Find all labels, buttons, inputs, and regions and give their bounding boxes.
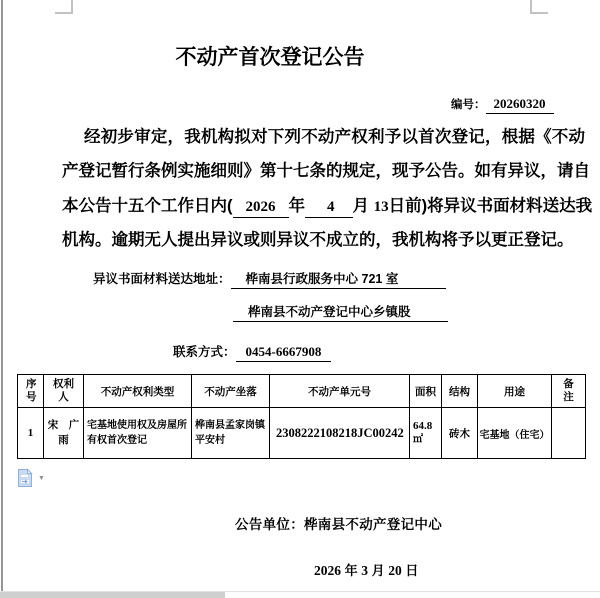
document-page: 不动产首次登记公告 编号：20260320 经初步审定，我机构拟对下列不动产权利… [0,0,600,598]
deadline-day: 13 [374,199,389,215]
text-boundary-mark-top-left [55,0,73,14]
page-left-edge [1,0,3,591]
address-value-1: 桦南县行政服务中心 721 室 [231,270,446,289]
col-seq: 序号 [18,375,44,408]
horizontal-scrollbar-thumb[interactable] [0,592,225,598]
address-line-1: 异议书面材料送达地址：桦南县行政服务中心 721 室 [62,270,446,289]
cell-right-type: 宅基地使用权及房屋所有权首次登记 [84,408,192,459]
cell-owner: 宋 广雨 [44,408,84,459]
contact-value: 0454-6667908 [246,344,322,359]
address-line-2: 桦南县不动产登记中心乡镇股 [233,303,448,322]
para-line-3: 本公告十五个工作日内(2026年4月 13日前)将异议书面材料送达我 [62,189,585,223]
contact-label: 联系方式： [173,345,236,359]
registration-table: 序号 权利人 不动产权利类型 不动产坐落 不动产单元号 面积 结构 用途 备注 … [17,374,586,459]
cell-structure: 砖木 [442,408,478,459]
horizontal-scrollbar[interactable] [0,591,600,598]
doc-number-line: 编号：20260320 [451,96,554,114]
deadline-month: 4 [327,199,335,215]
area-unit: ㎡ [413,433,440,446]
col-right-type: 不动产权利类型 [84,375,192,408]
dropdown-arrow-icon[interactable]: ▼ [38,475,45,482]
doc-number-label: 编号： [451,99,486,111]
text-boundary-mark-top-right [530,0,548,14]
cell-remark [552,408,586,459]
page-title: 不动产首次登记公告 [120,41,420,71]
footer-date: 2026 年 3 月 20 日 [314,560,418,579]
doc-number-value: 20260320 [494,96,546,111]
deadline-year: 2026 [246,199,276,215]
col-structure: 结构 [442,375,478,408]
col-unit-no: 不动产单元号 [270,375,410,408]
table-header-row: 序号 权利人 不动产权利类型 不动产坐落 不动产单元号 面积 结构 用途 备注 [18,375,586,408]
footer-announcing-unit: 公告单位：桦南县不动产登记中心 [235,513,442,533]
cell-unit-no: 2308222108218JC00242 [270,408,410,459]
paste-options-icon [17,468,33,488]
table-row: 1 宋 广雨 宅基地使用权及房屋所有权首次登记 桦南县孟家岗镇平安村 23082… [18,408,586,459]
col-area: 面积 [410,375,442,408]
col-usage: 用途 [478,375,552,408]
address-value-2: 桦南县不动产登记中心乡镇股 [233,303,448,322]
para-line-1: 经初步审定，我机构拟对下列不动产权利予以首次登记，根据《不动 [62,120,585,154]
cell-seq: 1 [18,408,44,459]
cell-area: 64.8 ㎡ [410,408,442,459]
col-remark: 备注 [552,375,586,408]
col-location: 不动产坐落 [192,375,270,408]
contact-line: 联系方式：0454-6667908 [62,343,331,362]
para-line-2: 产登记暂行条例实施细则》第十七条的规定，现予公告。如有异议，请自 [62,154,585,188]
para-line-4: 机构。逾期无人提出异议或则异议不成立的，我机构将予以更正登记。 [62,223,585,257]
col-owner: 权利人 [44,375,84,408]
announcement-paragraph: 经初步审定，我机构拟对下列不动产权利予以首次登记，根据《不动 产登记暂行条例实施… [62,120,585,258]
area-value: 64.8 [413,420,440,433]
cell-location: 桦南县孟家岗镇平安村 [192,408,270,459]
address-label: 异议书面材料送达地址： [93,272,231,286]
cell-usage: 宅基地（住宅） [478,408,552,459]
paste-options-button[interactable]: ▼ [17,465,53,491]
